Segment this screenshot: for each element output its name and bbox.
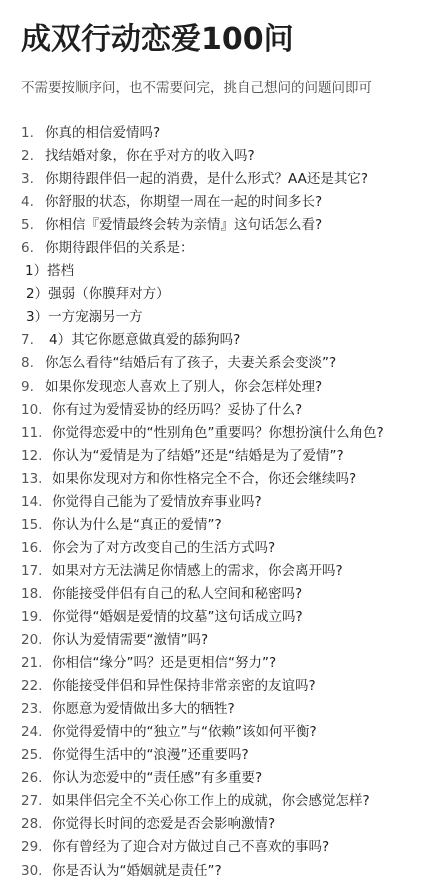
item-text: 你能接受伴侣有自己的私人空间和秘密吗? bbox=[52, 583, 302, 606]
list-item: 19.你觉得“婚姻是爱情的坟墓”这句话成立吗? bbox=[0, 606, 442, 629]
item-text: 你期待跟伴侣一起的消费，是什么形式？AA还是其它? bbox=[45, 168, 368, 191]
item-text: 你舒服的状态，你期望一周在一起的时间多长? bbox=[45, 191, 322, 214]
item-text: 你期待跟伴侣的关系是： bbox=[45, 237, 194, 260]
list-item: 13.如果你发现对方和你性格完全不合，你还会继续吗? bbox=[0, 468, 442, 491]
subitem-text: 2）强弱（你膜拜对方） bbox=[26, 283, 170, 306]
item-text: 你相信“缘分”吗？还是更相信“努力”? bbox=[52, 652, 276, 675]
item-number: 15. bbox=[21, 514, 42, 537]
item-number: 21. bbox=[21, 652, 42, 675]
item-number: 22. bbox=[21, 675, 42, 698]
item-number: 27. bbox=[21, 790, 42, 813]
list-item: 17.如果对方无法满足你情感上的需求，你会离开吗? bbox=[0, 560, 442, 583]
list-item: 28.你觉得长时间的恋爱是否会影响激情? bbox=[0, 813, 442, 836]
item-number: 10. bbox=[21, 399, 42, 422]
item-text: 你认为“爱情是为了结婚”还是“结婚是为了爱情”? bbox=[52, 445, 344, 468]
item-text: 你真的相信爱情吗? bbox=[45, 122, 160, 145]
item-number: 25. bbox=[21, 744, 42, 767]
item-number: 24. bbox=[21, 721, 42, 744]
page-title: 成双行动恋爱100问 bbox=[21, 20, 294, 60]
list-item: 5.你相信『爱情最终会转为亲情』这句话怎么看? bbox=[0, 214, 442, 237]
item-number: 11. bbox=[21, 422, 42, 445]
item-text: 你有过为爱情妥协的经历吗？妥协了什么? bbox=[52, 399, 302, 422]
list-item: 8.你怎么看待“结婚后有了孩子，夫妻关系会变淡”? bbox=[0, 352, 442, 375]
item-number: 8. bbox=[21, 352, 34, 375]
list-item: 16.你会为了对方改变自己的生活方式吗? bbox=[0, 537, 442, 560]
list-item: 15.你认为什么是“真正的爱情”? bbox=[0, 514, 442, 537]
item-number: 9. bbox=[21, 376, 34, 399]
item-text: 如果对方无法满足你情感上的需求，你会离开吗? bbox=[52, 560, 343, 583]
item-text: 你觉得爱情中的“独立”与“依赖”该如何平衡? bbox=[52, 721, 317, 744]
list-item: 14.你觉得自己能为了爱情放弃事业吗? bbox=[0, 491, 442, 514]
item-number: 4. bbox=[21, 191, 34, 214]
list-item: 23.你愿意为爱情做出多大的牺牲? bbox=[0, 698, 442, 721]
question-list: 1.你真的相信爱情吗? 2.找结婚对象，你在乎对方的收入吗? 3.你期待跟伴侣一… bbox=[0, 122, 442, 883]
item-text: 你怎么看待“结婚后有了孩子，夫妻关系会变淡”? bbox=[45, 352, 336, 375]
page-subtitle: 不需要按顺序问，也不需要问完，挑自己想问的问题问即可 bbox=[21, 78, 372, 98]
list-item: 26.你认为恋爱中的“责任感”有多重要? bbox=[0, 767, 442, 790]
item-text: 你认为恋爱中的“责任感”有多重要? bbox=[52, 767, 262, 790]
list-item: 7.4）其它你愿意做真爱的舔狗吗? bbox=[0, 329, 442, 352]
item-text: 你觉得“婚姻是爱情的坟墓”这句话成立吗? bbox=[52, 606, 303, 629]
list-item: 3.你期待跟伴侣一起的消费，是什么形式？AA还是其它? bbox=[0, 168, 442, 191]
item-number: 5. bbox=[21, 214, 34, 237]
item-number: 18. bbox=[21, 583, 42, 606]
item-text: 你觉得生活中的“浪漫”还重要吗? bbox=[52, 744, 249, 767]
list-item: 10.你有过为爱情妥协的经历吗？妥协了什么? bbox=[0, 399, 442, 422]
item-text: 你觉得长时间的恋爱是否会影响激情? bbox=[52, 813, 275, 836]
subitem-text: 3）一方宠溺另一方 bbox=[26, 306, 143, 329]
item-text: 你认为什么是“真正的爱情”? bbox=[52, 514, 222, 537]
list-item: 27.如果伴侣完全不关心你工作上的成就，你会感觉怎样? bbox=[0, 790, 442, 813]
list-item: 11.你觉得恋爱中的“性别角色”重要吗？你想扮演什么角色? bbox=[0, 422, 442, 445]
item-text: 你认为爱情需要“激情”吗? bbox=[52, 629, 208, 652]
list-item: 25.你觉得生活中的“浪漫”还重要吗? bbox=[0, 744, 442, 767]
item-text: 4）其它你愿意做真爱的舔狗吗? bbox=[49, 329, 240, 352]
item-text: 如果你发现恋人喜欢上了别人，你会怎样处理? bbox=[45, 376, 322, 399]
item-number: 30. bbox=[21, 860, 42, 883]
item-number: 28. bbox=[21, 813, 42, 836]
item-number: 1. bbox=[21, 122, 34, 145]
item-number: 12. bbox=[21, 445, 42, 468]
item-text: 你是否认为“婚姻就是责任”? bbox=[52, 860, 222, 883]
list-item: 20.你认为爱情需要“激情”吗? bbox=[0, 629, 442, 652]
list-item: 1.你真的相信爱情吗? bbox=[0, 122, 442, 145]
item-number: 17. bbox=[21, 560, 42, 583]
subitem-text: 1）搭档 bbox=[25, 260, 74, 283]
item-text: 你会为了对方改变自己的生活方式吗? bbox=[52, 537, 275, 560]
list-subitem: 1）搭档 bbox=[0, 260, 442, 283]
list-item: 18.你能接受伴侣有自己的私人空间和秘密吗? bbox=[0, 583, 442, 606]
list-item: 9.如果你发现恋人喜欢上了别人，你会怎样处理? bbox=[0, 376, 442, 399]
item-text: 如果你发现对方和你性格完全不合，你还会继续吗? bbox=[52, 468, 356, 491]
item-text: 你愿意为爱情做出多大的牺牲? bbox=[52, 698, 235, 721]
list-item: 22.你能接受伴侣和异性保持非常亲密的友谊吗? bbox=[0, 675, 442, 698]
item-number: 7. bbox=[21, 329, 34, 352]
item-text: 你觉得自己能为了爱情放弃事业吗? bbox=[52, 491, 262, 514]
item-number: 16. bbox=[21, 537, 42, 560]
list-subitem: 3）一方宠溺另一方 bbox=[0, 306, 442, 329]
item-number: 23. bbox=[21, 698, 42, 721]
item-text: 找结婚对象，你在乎对方的收入吗? bbox=[45, 145, 255, 168]
item-number: 20. bbox=[21, 629, 42, 652]
item-number: 19. bbox=[21, 606, 42, 629]
item-text: 你有曾经为了迎合对方做过自己不喜欢的事吗? bbox=[52, 836, 329, 859]
item-number: 2. bbox=[21, 145, 34, 168]
item-number: 29. bbox=[21, 836, 42, 859]
list-item: 24.你觉得爱情中的“独立”与“依赖”该如何平衡? bbox=[0, 721, 442, 744]
item-number: 14. bbox=[21, 491, 42, 514]
list-item: 4.你舒服的状态，你期望一周在一起的时间多长? bbox=[0, 191, 442, 214]
item-text: 如果伴侣完全不关心你工作上的成就，你会感觉怎样? bbox=[52, 790, 370, 813]
item-text: 你相信『爱情最终会转为亲情』这句话怎么看? bbox=[45, 214, 322, 237]
item-number: 3. bbox=[21, 168, 34, 191]
list-item: 6.你期待跟伴侣的关系是： bbox=[0, 237, 442, 260]
list-subitem: 2）强弱（你膜拜对方） bbox=[0, 283, 442, 306]
list-item: 29.你有曾经为了迎合对方做过自己不喜欢的事吗? bbox=[0, 836, 442, 859]
list-item: 2.找结婚对象，你在乎对方的收入吗? bbox=[0, 145, 442, 168]
item-text: 你能接受伴侣和异性保持非常亲密的友谊吗? bbox=[52, 675, 316, 698]
item-number: 26. bbox=[21, 767, 42, 790]
list-item: 21.你相信“缘分”吗？还是更相信“努力”? bbox=[0, 652, 442, 675]
item-number: 6. bbox=[21, 237, 34, 260]
list-item: 12.你认为“爱情是为了结婚”还是“结婚是为了爱情”? bbox=[0, 445, 442, 468]
item-number: 13. bbox=[21, 468, 42, 491]
document-page: 成双行动恋爱100问 不需要按顺序问，也不需要问完，挑自己想问的问题问即可 1.… bbox=[0, 0, 442, 884]
list-item: 30.你是否认为“婚姻就是责任”? bbox=[0, 860, 442, 883]
item-text: 你觉得恋爱中的“性别角色”重要吗？你想扮演什么角色? bbox=[52, 422, 384, 445]
